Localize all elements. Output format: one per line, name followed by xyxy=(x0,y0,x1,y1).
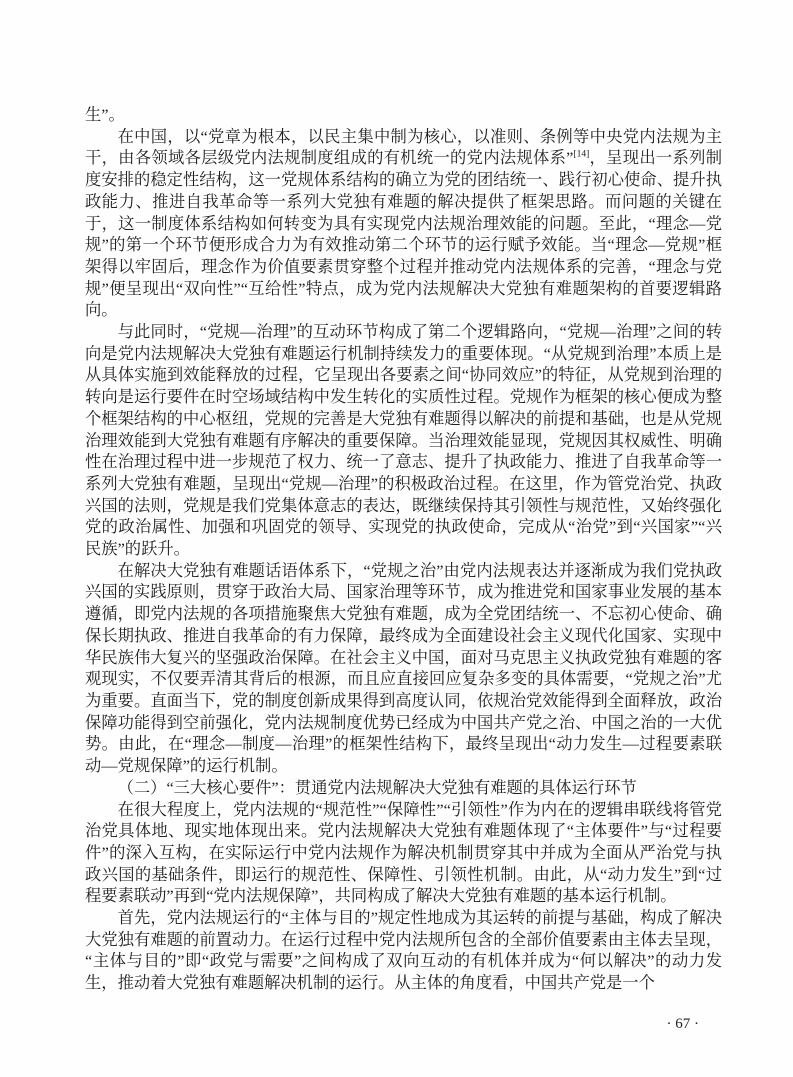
paragraph: 在解决大党独有难题话语体系下，“党规之治”由党内法规表达并逐渐成为我们党执政兴国… xyxy=(85,560,722,777)
paper-page: 生”。在中国，以“党章为根本，以民主集中制为核心，以准则、条例等中央党内法规为主… xyxy=(0,0,793,1077)
paragraph: 首先，党内法规运行的“主体与目的”规定性地成为其运转的前提与基础，构成了解决大党… xyxy=(85,907,722,994)
paragraph: 与此同时，“党规—治理”的互动环节构成了第二个逻辑路向，“党规—治理”之间的转向… xyxy=(85,321,722,560)
paragraph: 生”。 xyxy=(85,104,722,126)
paragraph: 在很大程度上，党内法规的“规范性”“保障性”“引领性”作为内在的逻辑串联线将管党… xyxy=(85,799,722,908)
section-subheading: （二）“三大核心要件”：贯通党内法规解决大党独有难题的具体运行环节 xyxy=(85,777,722,799)
page-number: · 67 · xyxy=(667,1015,700,1033)
citation-ref: [14] xyxy=(573,150,589,160)
article-text: 生”。在中国，以“党章为根本，以民主集中制为核心，以准则、条例等中央党内法规为主… xyxy=(85,104,722,994)
paragraph: 在中国，以“党章为根本，以民主集中制为核心，以准则、条例等中央党内法规为主干，由… xyxy=(85,126,722,321)
